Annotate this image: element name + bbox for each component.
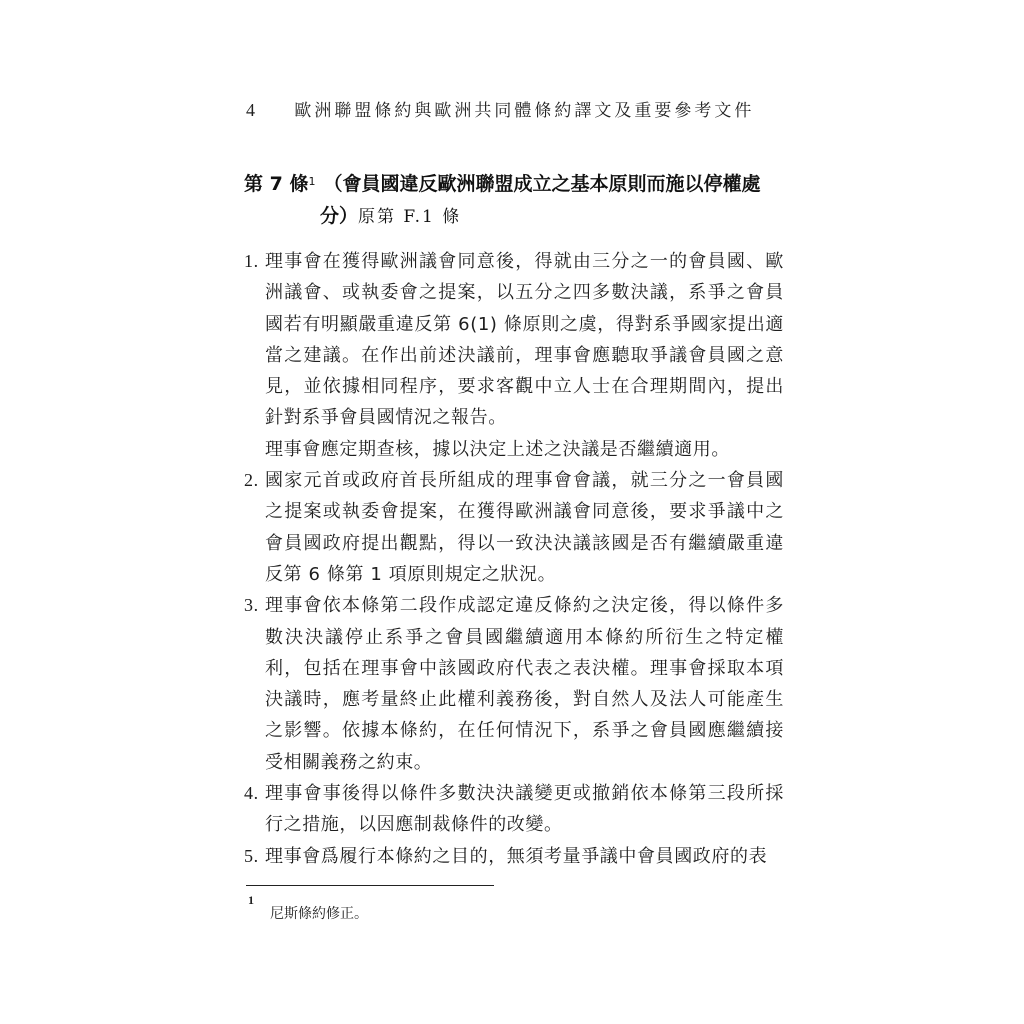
paragraph-continuation: 理事會應定期查核，據以決定上述之決議是否繼續適用。: [265, 434, 784, 465]
page-number: 4: [246, 100, 286, 121]
article-body: 1. 理事會在獲得歐洲議會同意後，得就由三分之一的會員國、歐洲議會、或執委會之提…: [244, 246, 784, 872]
paragraph-text: 理事會爲履行本條約之目的，無須考量爭議中會員國政府的表: [265, 841, 784, 872]
paragraph-2: 2. 國家元首或政府首長所組成的理事會會議，就三分之一會員國之提案或執委會提案，…: [244, 465, 784, 590]
paragraph-number: 2.: [244, 465, 259, 496]
paragraph-text: 理事會事後得以條件多數決決議變更或撤銷依本條第三段所採行之措施，以因應制裁條件的…: [265, 778, 784, 841]
article-label: 第 7 條: [244, 173, 308, 195]
paragraph-text: 理事會依本條第二段作成認定違反條約之決定後，得以條件多數決決議停止系爭之會員國繼…: [265, 590, 784, 778]
footnote-number: 1: [248, 893, 254, 908]
paragraph-text: 理事會在獲得歐洲議會同意後，得就由三分之一的會員國、歐洲議會、或執委會之提案，以…: [265, 246, 784, 434]
running-head: 4 歐洲聯盟條約與歐洲共同體條約譯文及重要參考文件: [246, 96, 754, 121]
footnote-divider: [246, 885, 494, 886]
paragraph-number: 5.: [244, 841, 259, 872]
article-heading-line1: （會員國違反歐洲聯盟成立之基本原則而施以停權處: [323, 173, 760, 195]
paragraph-number: 3.: [244, 590, 259, 621]
paragraph-5: 5. 理事會爲履行本條約之目的，無須考量爭議中會員國政府的表: [244, 841, 784, 872]
paragraph-text: 國家元首或政府首長所組成的理事會會議，就三分之一會員國之提案或執委會提案，在獲得…: [265, 465, 784, 590]
book-title: 歐洲聯盟條約與歐洲共同體條約譯文及重要參考文件: [294, 101, 754, 121]
original-article-ref: 原第 F.1 條: [358, 207, 461, 227]
article-heading-line2: 分）: [320, 205, 358, 227]
paragraph-1: 1. 理事會在獲得歐洲議會同意後，得就由三分之一的會員國、歐洲議會、或執委會之提…: [244, 246, 784, 465]
footnote-text: 尼斯條約修正。: [270, 903, 368, 923]
article-heading: 第 7 條1（會員國違反歐洲聯盟成立之基本原則而施以停權處 分）原第 F.1 條: [244, 168, 794, 233]
paragraph-number: 4.: [244, 778, 259, 809]
footnote-ref[interactable]: 1: [308, 175, 315, 188]
paragraph-4: 4. 理事會事後得以條件多數決決議變更或撤銷依本條第三段所採行之措施，以因應制裁…: [244, 778, 784, 841]
paragraph-number: 1.: [244, 246, 259, 277]
paragraph-3: 3. 理事會依本條第二段作成認定違反條約之決定後，得以條件多數決決議停止系爭之會…: [244, 590, 784, 778]
